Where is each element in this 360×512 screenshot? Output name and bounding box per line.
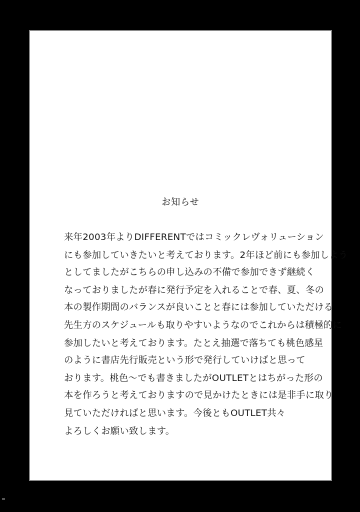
body-line: としてましたがこちらの申し込みの不備で参加できず継続く bbox=[64, 264, 326, 282]
body-line: よろしくお願い致します。 bbox=[64, 423, 326, 441]
notice-body: 来年2003年よりDIFFERENTではコミックレヴォリューション にも参加して… bbox=[64, 229, 326, 440]
body-line: 来年2003年よりDIFFERENTではコミックレヴォリューション bbox=[64, 229, 326, 247]
body-line: 本を作ろうと考えておりますので見かけたときには是非手に取り bbox=[64, 387, 326, 405]
document-page: お知らせ 来年2003年よりDIFFERENTではコミックレヴォリューション に… bbox=[29, 30, 332, 481]
body-line: なっておりましたが春に発行予定を入れることで春、夏、冬の bbox=[64, 282, 326, 300]
body-line: おります。桃色～でも書きましたがOUTLETとはちがった形の bbox=[64, 370, 326, 388]
body-line: 参加したいと考えております。たとえ抽選で落ちても桃色感星 bbox=[64, 335, 326, 353]
body-line: 先生方のスケジュールも取りやすいようなのでこれからは積極的に bbox=[64, 317, 326, 335]
body-line: のように書店先行販売という形で発行していけばと思って bbox=[64, 352, 326, 370]
body-line: 見ていただければと思います。今後ともOUTLET共々 bbox=[64, 405, 326, 423]
body-line: 本の製作期間のバランスが良いことと春には参加していただける bbox=[64, 299, 326, 317]
notice-title: お知らせ bbox=[30, 195, 331, 208]
body-line: にも参加していきたいと考えております。2年ほど前にも参加しよう bbox=[64, 247, 326, 265]
scan-mark bbox=[2, 498, 5, 500]
